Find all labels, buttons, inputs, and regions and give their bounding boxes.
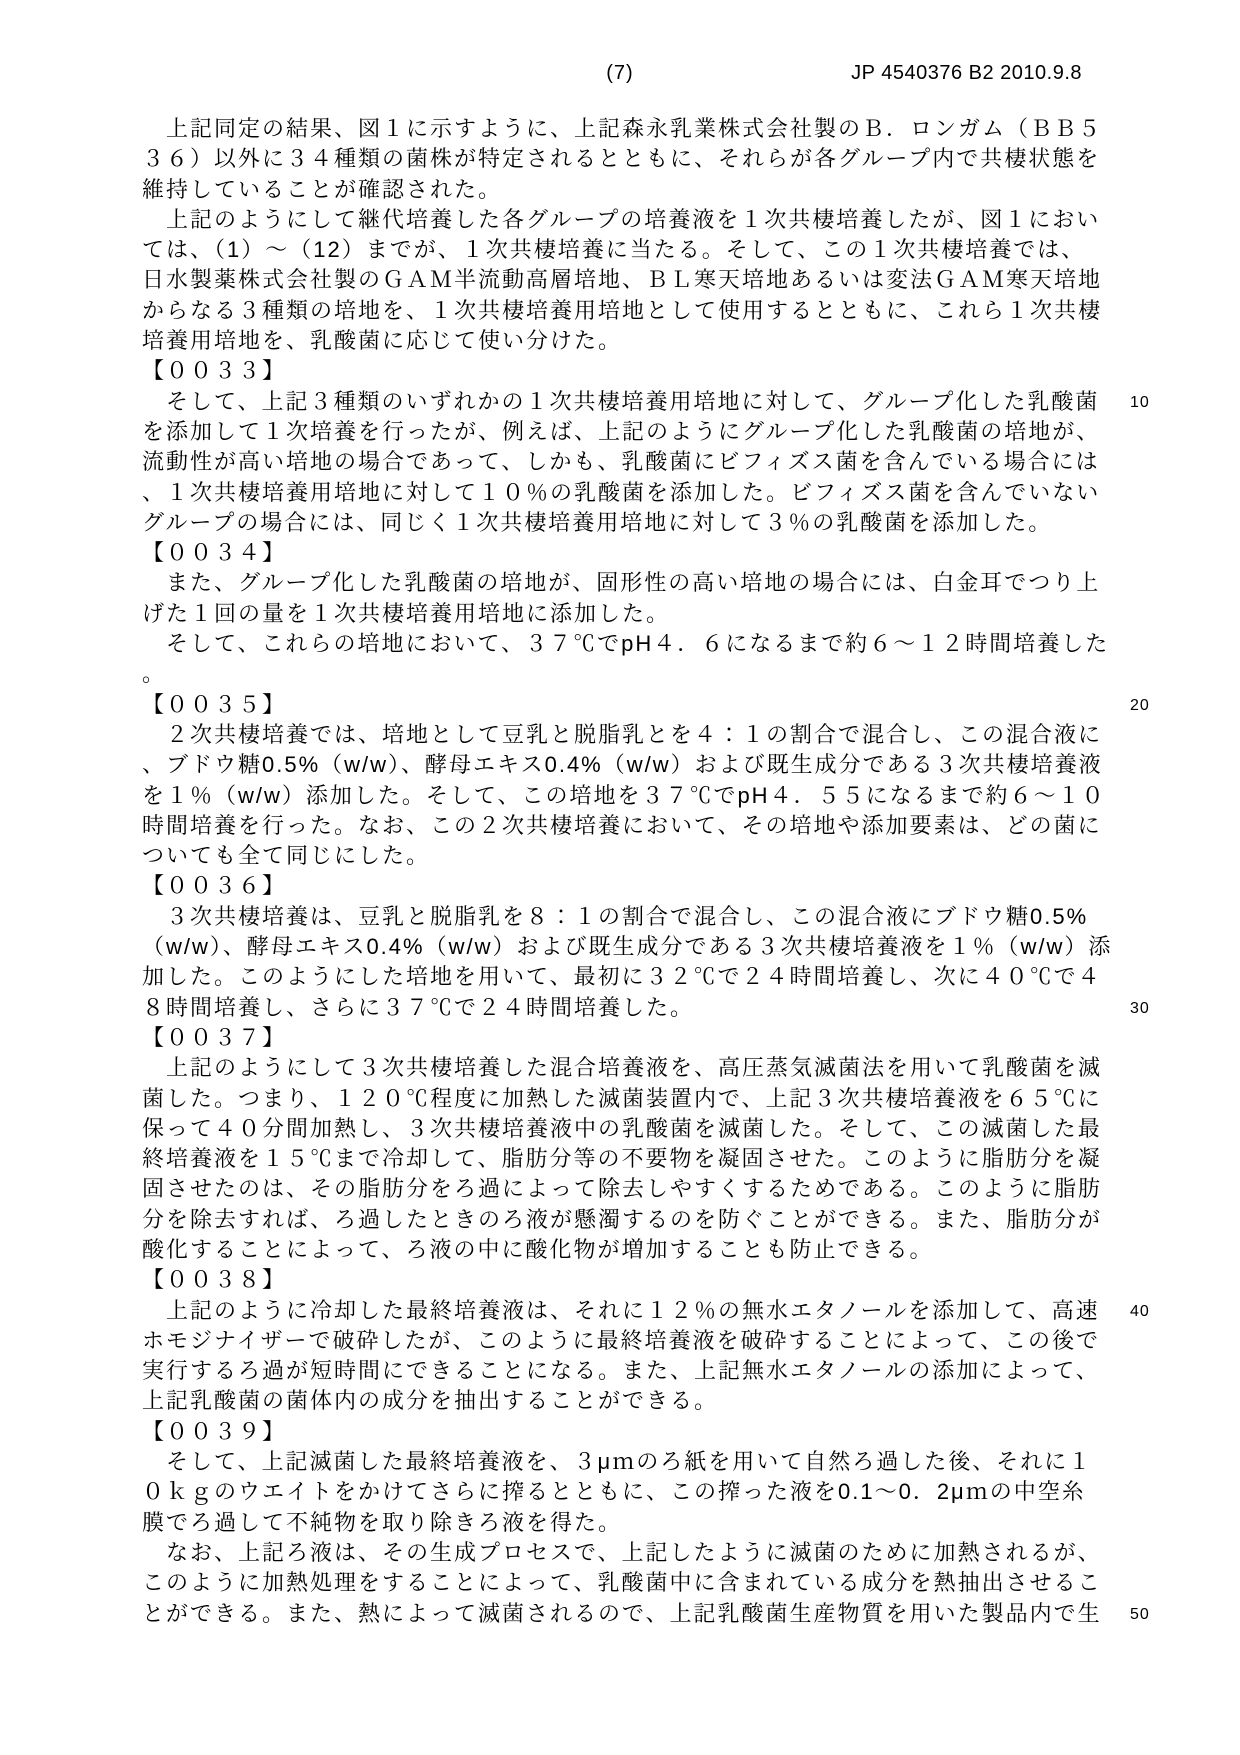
text-line-content: 時間培養を行った。なお、この２次共棲培養において、その培地や添加要素は、どの菌に <box>142 813 1102 838</box>
text-line: 上記のようにして継代培養した各グループの培養液を１次共棲培養したが、図１におい <box>142 205 1240 235</box>
text-line-content: 膜でろ過して不純物を取り除きろ液を得た。 <box>142 1510 622 1535</box>
text-line-content: ０ｋｇのウエイトをかけてさらに搾るとともに、この搾った液を0.1～0．2μｍの中… <box>142 1479 1086 1504</box>
text-line: 流動性が高い培地の場合であって、しかも、乳酸菌にビフィズス菌を含んでいる場合には <box>142 447 1240 477</box>
text-line-content: 【００３５】 <box>142 692 286 717</box>
text-line: 上記のようにして３次共棲培養した混合培養液を、高圧蒸気滅菌法を用いて乳酸菌を滅 <box>142 1053 1240 1083</box>
text-line-content: 日水製薬株式会社製のＧＡＭ半流動高層培地、ＢＬ寒天培地あるいは変法ＧＡＭ寒天培地 <box>142 267 1102 292</box>
text-line: 【００３３】 <box>142 356 1240 386</box>
text-line: 加した。このようにした培地を用いて、最初に３２℃で２４時間培養し、次に４０℃で４ <box>142 962 1240 992</box>
text-line-content: 上記のようにして３次共棲培養した混合培養液を、高圧蒸気滅菌法を用いて乳酸菌を滅 <box>166 1055 1102 1080</box>
text-line-content: 【００３９】 <box>142 1419 286 1444</box>
text-line: 保って４０分間加熱し、３次共棲培養液中の乳酸菌を滅菌した。そして、この滅菌した最 <box>142 1114 1240 1144</box>
text-line: そして、これらの培地において、３７℃でpH４．６になるまで約６～１２時間培養した <box>142 629 1240 659</box>
text-line: なお、上記ろ液は、その生成プロセスで、上記したように滅菌のために加熱されるが、 <box>142 1538 1240 1568</box>
line-number-marker: 10 <box>1130 388 1150 418</box>
text-line-content: ては、（1）～（12）までが、１次共棲培養に当たる。そして、この１次共棲培養では… <box>142 237 1085 262</box>
text-line: を１％（w/w）添加した。そして、この培地を３７℃でpH４．５５になるまで約６～… <box>142 781 1240 811</box>
text-line-content: グループの場合には、同じく１次共棲培養用培地に対して３％の乳酸菌を添加した。 <box>142 510 1052 535</box>
text-line-content: げた１回の量を１次共棲培養用培地に添加した。 <box>142 601 670 626</box>
text-line: とができる。また、熱によって滅菌されるので、上記乳酸菌生産物質を用いた製品内で生… <box>142 1599 1240 1629</box>
text-line: 。 <box>142 659 1240 689</box>
text-line-content: 、１次共棲培養用培地に対して１０％の乳酸菌を添加した。ビフィズス菌を含んでいない <box>142 480 1100 505</box>
page-number: (7) <box>606 62 633 85</box>
text-line: 実行するろ過が短時間にできることになる。また、上記無水エタノールの添加によって、 <box>142 1356 1240 1386</box>
publication-number: JP 4540376 B2 2010.9.8 <box>851 62 1082 85</box>
text-line: ついても全て同じにした。 <box>142 841 1240 871</box>
text-line: げた１回の量を１次共棲培養用培地に添加した。 <box>142 599 1240 629</box>
text-line: ０ｋｇのウエイトをかけてさらに搾るとともに、この搾った液を0.1～0．2μｍの中… <box>142 1477 1240 1507</box>
text-line-content: とができる。また、熱によって滅菌されるので、上記乳酸菌生産物質を用いた製品内で生 <box>142 1601 1102 1626</box>
text-line-content: 加した。このようにした培地を用いて、最初に３２℃で２４時間培養し、次に４０℃で４ <box>142 964 1102 989</box>
text-line: また、グループ化した乳酸菌の培地が、固形性の高い培地の場合には、白金耳でつり上 <box>142 568 1240 598</box>
text-line: 日水製薬株式会社製のＧＡＭ半流動高層培地、ＢＬ寒天培地あるいは変法ＧＡＭ寒天培地 <box>142 265 1240 295</box>
text-line: 上記同定の結果、図１に示すように、上記森永乳業株式会社製のＢ．ロンガム（ＢＢ５ <box>142 114 1240 144</box>
text-line-content: また、グループ化した乳酸菌の培地が、固形性の高い培地の場合には、白金耳でつり上 <box>166 570 1100 595</box>
text-line-content: このように加熱処理をすることによって、乳酸菌中に含まれている成分を熱抽出させるこ <box>142 1570 1102 1595</box>
text-line: 【００３９】 <box>142 1417 1240 1447</box>
text-line: ホモジナイザーで破砕したが、このように最終培養液を破砕することによって、この後で <box>142 1326 1240 1356</box>
text-line: グループの場合には、同じく１次共棲培養用培地に対して３％の乳酸菌を添加した。 <box>142 508 1240 538</box>
text-line: そして、上記滅菌した最終培養液を、３μｍのろ紙を用いて自然ろ過した後、それに１ <box>142 1447 1240 1477</box>
text-line-content: 【００３３】 <box>142 358 286 383</box>
line-number-marker: 50 <box>1130 1600 1150 1630</box>
text-line: 分を除去すれば、ろ過したときのろ液が懸濁するのを防ぐことができる。また、脂肪分が <box>142 1205 1240 1235</box>
text-line: 【００３７】 <box>142 1023 1240 1053</box>
text-line-content: 。 <box>142 661 166 686</box>
text-line-content: 上記のように冷却した最終培養液は、それに１２％の無水エタノールを添加して、高速 <box>166 1298 1100 1323</box>
text-line: 【００３８】 <box>142 1265 1240 1295</box>
text-line-content: を添加して１次培養を行ったが、例えば、上記のようにグループ化した乳酸菌の培地が、 <box>142 419 1100 444</box>
text-line-content: そして、これらの培地において、３７℃でpH４．６になるまで約６～１２時間培養した <box>166 631 1109 656</box>
text-line: 上記乳酸菌の菌体内の成分を抽出することができる。 <box>142 1386 1240 1416</box>
text-line-content: 菌した。つまり、１２０℃程度に加熱した滅菌装置内で、上記３次共棲培養液を６５℃に <box>142 1086 1102 1111</box>
text-line: 【００３５】20 <box>142 690 1240 720</box>
text-line-content: なお、上記ろ液は、その生成プロセスで、上記したように滅菌のために加熱されるが、 <box>166 1540 1102 1565</box>
text-line-content: そして、上記滅菌した最終培養液を、３μｍのろ紙を用いて自然ろ過した後、それに１ <box>166 1449 1092 1474</box>
text-line: 、ブドウ糖0.5%（w/w）、酵母エキス0.4%（w/w）および既生成分である３… <box>142 750 1240 780</box>
line-number-marker: 40 <box>1130 1297 1150 1327</box>
text-line: 上記のように冷却した最終培養液は、それに１２％の無水エタノールを添加して、高速4… <box>142 1296 1240 1326</box>
text-line: を添加して１次培養を行ったが、例えば、上記のようにグループ化した乳酸菌の培地が、 <box>142 417 1240 447</box>
text-line: ３次共棲培養は、豆乳と脱脂乳を８：１の割合で混合し、この混合液にブドウ糖0.5% <box>142 902 1240 932</box>
line-number-marker: 30 <box>1130 994 1150 1024</box>
text-line: 固させたのは、その脂肪分をろ過によって除去しやすくするためである。このように脂肪 <box>142 1174 1240 1204</box>
text-line-content: 上記同定の結果、図１に示すように、上記森永乳業株式会社製のＢ．ロンガム（ＢＢ５ <box>166 116 1102 141</box>
text-line-content: 【００３８】 <box>142 1267 286 1292</box>
text-line-content: ３６）以外に３４種類の菌株が特定されるとともに、それらが各グループ内で共棲状態を <box>142 146 1100 171</box>
text-line-content: ２次共棲培養では、培地として豆乳と脱脂乳とを４：１の割合で混合し、この混合液に <box>166 722 1102 747</box>
text-line: （w/w）、酵母エキス0.4%（w/w）および既生成分である３次共棲培養液を１％… <box>142 932 1240 962</box>
line-number-marker: 20 <box>1130 691 1150 721</box>
text-line-content: 【００３４】 <box>142 540 286 565</box>
text-line-content: 【００３６】 <box>142 873 286 898</box>
text-line-content: 上記のようにして継代培養した各グループの培養液を１次共棲培養したが、図１におい <box>166 207 1100 232</box>
text-line-content: 培養用培地を、乳酸菌に応じて使い分けた。 <box>142 328 622 353</box>
text-line-content: 維持していることが確認された。 <box>142 177 502 202</box>
text-line: ３６）以外に３４種類の菌株が特定されるとともに、それらが各グループ内で共棲状態を <box>142 144 1240 174</box>
text-line: そして、上記３種類のいずれかの１次共棲培養用培地に対して、グループ化した乳酸菌1… <box>142 387 1240 417</box>
text-line-content: を１％（w/w）添加した。そして、この培地を３７℃でpH４．５５になるまで約６～… <box>142 783 1106 808</box>
text-line: 、１次共棲培養用培地に対して１０％の乳酸菌を添加した。ビフィズス菌を含んでいない <box>142 478 1240 508</box>
text-line: ては、（1）～（12）までが、１次共棲培養に当たる。そして、この１次共棲培養では… <box>142 235 1240 265</box>
text-line: ８時間培養し、さらに３７℃で２４時間培養した。30 <box>142 993 1240 1023</box>
text-line-content: からなる３種類の培地を、１次共棲培養用培地として使用するとともに、これら１次共棲 <box>142 298 1102 323</box>
text-line-content: 酸化することによって、ろ液の中に酸化物が増加することも防止できる。 <box>142 1237 934 1262</box>
text-line-content: （w/w）、酵母エキス0.4%（w/w）および既生成分である３次共棲培養液を１％… <box>142 934 1112 959</box>
text-line: 酸化することによって、ろ液の中に酸化物が増加することも防止できる。 <box>142 1235 1240 1265</box>
text-line: ２次共棲培養では、培地として豆乳と脱脂乳とを４：１の割合で混合し、この混合液に <box>142 720 1240 750</box>
text-line-content: 流動性が高い培地の場合であって、しかも、乳酸菌にビフィズス菌を含んでいる場合には <box>142 449 1100 474</box>
text-line-content: ３次共棲培養は、豆乳と脱脂乳を８：１の割合で混合し、この混合液にブドウ糖0.5% <box>166 904 1088 929</box>
text-line: 膜でろ過して不純物を取り除きろ液を得た。 <box>142 1508 1240 1538</box>
text-line-content: 分を除去すれば、ろ過したときのろ液が懸濁するのを防ぐことができる。また、脂肪分が <box>142 1207 1102 1232</box>
text-line: 菌した。つまり、１２０℃程度に加熱した滅菌装置内で、上記３次共棲培養液を６５℃に <box>142 1084 1240 1114</box>
text-line-content: 終培養液を１５℃まで冷却して、脂肪分等の不要物を凝固させた。このように脂肪分を凝 <box>142 1146 1102 1171</box>
text-line: 維持していることが確認された。 <box>142 175 1240 205</box>
text-line: 終培養液を１５℃まで冷却して、脂肪分等の不要物を凝固させた。このように脂肪分を凝 <box>142 1144 1240 1174</box>
text-line: 時間培養を行った。なお、この２次共棲培養において、その培地や添加要素は、どの菌に <box>142 811 1240 841</box>
text-line-content: 実行するろ過が短時間にできることになる。また、上記無水エタノールの添加によって、 <box>142 1358 1100 1383</box>
text-line-content: ８時間培養し、さらに３７℃で２４時間培養した。 <box>142 995 694 1020</box>
text-line-content: そして、上記３種類のいずれかの１次共棲培養用培地に対して、グループ化した乳酸菌 <box>166 389 1099 414</box>
text-line-content: 【００３７】 <box>142 1025 286 1050</box>
text-line-content: ついても全て同じにした。 <box>142 843 430 868</box>
text-line-content: ホモジナイザーで破砕したが、このように最終培養液を破砕することによって、この後で <box>142 1328 1100 1353</box>
text-line-content: 、ブドウ糖0.5%（w/w）、酵母エキス0.4%（w/w）および既生成分である３… <box>142 752 1103 777</box>
text-line: からなる３種類の培地を、１次共棲培養用培地として使用するとともに、これら１次共棲 <box>142 296 1240 326</box>
text-line: 【００３６】 <box>142 871 1240 901</box>
text-line-content: 上記乳酸菌の菌体内の成分を抽出することができる。 <box>142 1388 718 1413</box>
text-line-content: 保って４０分間加熱し、３次共棲培養液中の乳酸菌を滅菌した。そして、この滅菌した最 <box>142 1116 1102 1141</box>
body-text: 上記同定の結果、図１に示すように、上記森永乳業株式会社製のＢ．ロンガム（ＢＢ５３… <box>142 114 1240 1629</box>
patent-document-page: (7) JP 4540376 B2 2010.9.8 上記同定の結果、図１に示す… <box>0 0 1240 1755</box>
text-line: このように加熱処理をすることによって、乳酸菌中に含まれている成分を熱抽出させるこ <box>142 1568 1240 1598</box>
text-line: 培養用培地を、乳酸菌に応じて使い分けた。 <box>142 326 1240 356</box>
text-line-content: 固させたのは、その脂肪分をろ過によって除去しやすくするためである。このように脂肪 <box>142 1176 1102 1201</box>
text-line: 【００３４】 <box>142 538 1240 568</box>
